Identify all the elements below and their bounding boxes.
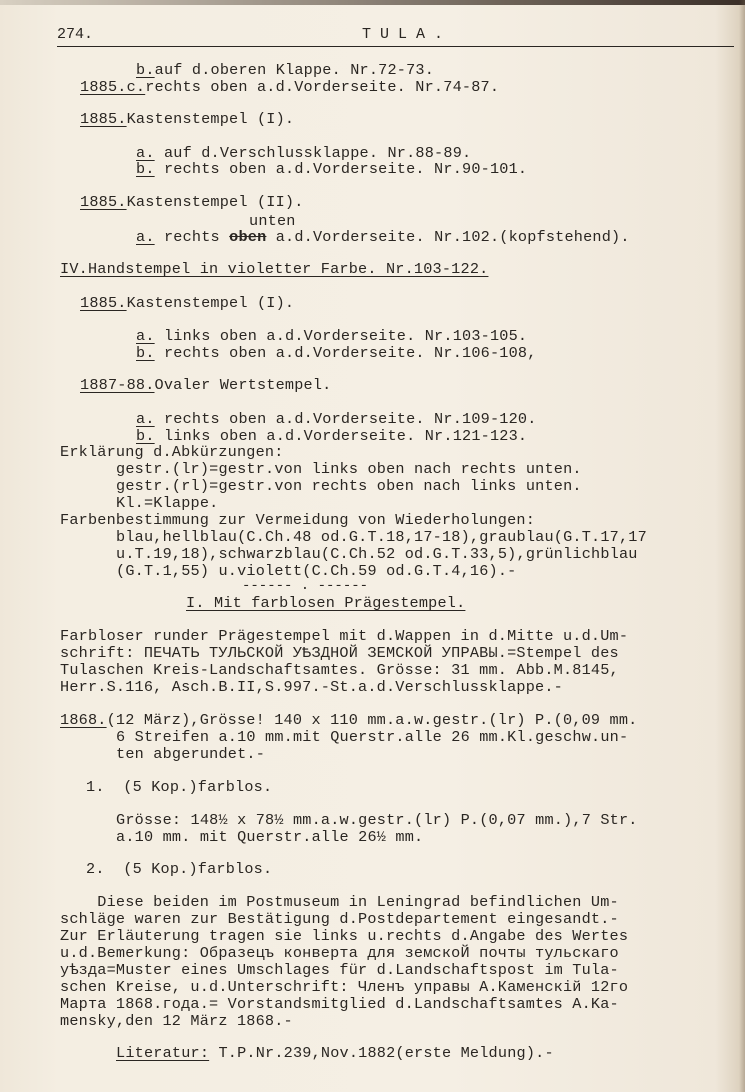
literature-label: Literatur: (116, 1044, 209, 1062)
running-title: TULA. (362, 26, 452, 43)
literature-line: Literatur: T.P.Nr.239,Nov.1882(erste Mel… (116, 1045, 554, 1062)
entry-text: rechts oben a.d.Vorderseite. Nr.74-87. (145, 78, 499, 96)
abbreviation-item: Kl.=Klappe. (116, 495, 218, 512)
literature-text: T.P.Nr.239,Nov.1882(erste Meldung).- (209, 1044, 554, 1062)
issue-text: (12 März),Grösse! 140 x 110 mm.a.w.gestr… (107, 711, 638, 729)
entry-text: rechts oben a.d.Vorderseite. Nr.90-101. (155, 160, 528, 178)
entry-text: Kastenstempel (I). (127, 110, 295, 128)
entry-label: a. (136, 228, 155, 246)
entry-text: rechts (155, 228, 230, 246)
entry-label: a. (136, 410, 155, 428)
catalog-item: 1. (5 Kop.)farblos. (86, 779, 272, 796)
remarks-line: schläge waren zur Bestätigung d.Postdepa… (60, 911, 619, 928)
colors-line: blau,hellblau(C.Ch.48 od.G.T.18,17-18),g… (116, 529, 647, 546)
entry-label: b. (136, 61, 155, 79)
remarks-line: u.d.Bemerkung: Образецъ конверта для зем… (60, 945, 619, 962)
scan-right-edge (739, 0, 745, 1092)
entry-line: b. rechts oben a.d.Vorderseite. Nr.106-1… (136, 345, 537, 362)
section-heading: I. Mit farblosen Prägestempel. (186, 595, 465, 612)
entry-line: 1885.Kastenstempel (II). (80, 194, 304, 211)
entry-text: rechts oben a.d.Vorderseite. Nr.106-108, (155, 344, 537, 362)
scan-top-edge (0, 0, 745, 5)
entry-line: 1887-88.Ovaler Wertstempel. (80, 377, 331, 394)
entry-text: links oben a.d.Vorderseite. Nr.103-105. (155, 327, 528, 345)
entry-label: 1885. (80, 110, 127, 128)
entry-label: a. (136, 327, 155, 345)
entry-line: 1885.c.rechts oben a.d.Vorderseite. Nr.7… (80, 79, 499, 96)
entry-text: Kastenstempel (II). (127, 193, 304, 211)
remarks-line: mensky,den 12 März 1868.- (60, 1013, 293, 1030)
entry-line: b.auf d.oberen Klappe. Nr.72-73. (136, 62, 434, 79)
entry-label: 1885.c. (80, 78, 145, 96)
colors-title: Farbenbestimmung zur Vermeidung von Wied… (60, 512, 535, 529)
issue-line: 1868.(12 März),Grösse! 140 x 110 mm.a.w.… (60, 712, 637, 729)
entry-label: 1885. (80, 193, 127, 211)
entry-line: a. rechts oben a.d.Vorderseite. Nr.109-1… (136, 411, 537, 428)
remarks-line: Diese beiden im Postmuseum in Leningrad … (60, 894, 619, 911)
entry-line: a. links oben a.d.Vorderseite. Nr.103-10… (136, 328, 527, 345)
entry-label: 1887-88. (80, 376, 155, 394)
description-line: schrift: ПЕЧАТЬ ТУЛЬСКОЙ УѢЗДНОЙ ЗЕМСКОЙ… (60, 645, 619, 662)
abbreviation-item: gestr.(lr)=gestr.von links oben nach rec… (116, 461, 582, 478)
entry-line: 1885.Kastenstempel (I). (80, 111, 294, 128)
entry-label: b. (136, 344, 155, 362)
entry-text: a.d.Vorderseite. Nr.102.(kopfstehend). (266, 228, 629, 246)
issue-line: ten abgerundet.- (116, 746, 265, 763)
remarks-line: schen Kreise, u.d.Unterschrift: Членъ уп… (60, 979, 628, 996)
catalog-item: 2. (5 Kop.)farblos. (86, 861, 272, 878)
page-header: 274. TULA. (57, 26, 734, 47)
colors-line: u.T.19,18),schwarzblau(C.Ch.52 od.G.T.33… (116, 546, 638, 563)
issue-line: 6 Streifen a.10 mm.mit Querstr.alle 26 m… (116, 729, 628, 746)
abbreviations-title: Erklärung d.Abkürzungen: (60, 444, 284, 461)
document-page: 274. TULA. b.auf d.oberen Klappe. Nr.72-… (0, 0, 745, 1092)
struck-text: oben (229, 228, 266, 246)
entry-label: 1885. (80, 294, 127, 312)
remarks-line: уѣзда=Muster eines Umschlages für d.Land… (60, 962, 619, 979)
entry-label: b. (136, 160, 155, 178)
page-number: 274. (57, 26, 93, 43)
entry-line: 1885.Kastenstempel (I). (80, 295, 294, 312)
entry-text: auf d.oberen Klappe. Nr.72-73. (155, 61, 434, 79)
abbreviation-item: gestr.(rl)=gestr.von rechts oben nach li… (116, 478, 582, 495)
section-heading: IV.Handstempel in violetter Farbe. Nr.10… (60, 261, 488, 278)
description-line: Herr.S.116, Asch.B.II,S.997.-St.a.d.Vers… (60, 679, 563, 696)
description-line: Tulaschen Kreis-Landschaftsamtes. Grösse… (60, 662, 619, 679)
entry-text: Kastenstempel (I). (127, 294, 295, 312)
separator: ------ . ------ (242, 578, 368, 594)
entry-text: rechts oben a.d.Vorderseite. Nr.109-120. (155, 410, 537, 428)
remarks-line: Марта 1868.года.= Vorstandsmitglied d.La… (60, 996, 619, 1013)
remarks-line: Zur Erläuterung tragen sie links u.recht… (60, 928, 628, 945)
issue-label: 1868. (60, 711, 107, 729)
catalog-item-detail: a.10 mm. mit Querstr.alle 26½ mm. (116, 829, 423, 846)
entry-line: b. rechts oben a.d.Vorderseite. Nr.90-10… (136, 161, 527, 178)
entry-text: Ovaler Wertstempel. (155, 376, 332, 394)
description-line: Farbloser runder Prägestempel mit d.Wapp… (60, 628, 628, 645)
catalog-item-detail: Grösse: 148½ x 78½ mm.a.w.gestr.(lr) P.(… (116, 812, 638, 829)
entry-line: a. rechts oben a.d.Vorderseite. Nr.102.(… (136, 229, 630, 246)
